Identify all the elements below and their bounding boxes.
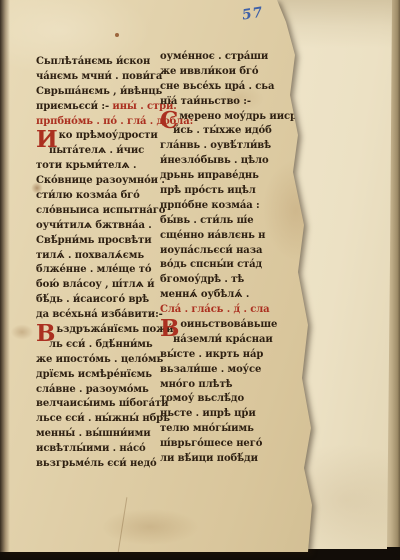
text-line: ньсте . ипрѣ цр́и: [160, 407, 286, 422]
text-run: приємьєси́ :-: [36, 101, 112, 112]
text-line: исвѣтлы́ими . на́со́: [36, 442, 162, 457]
text-run: да все́хьна́ изба́вити:-: [36, 309, 163, 320]
text-line: ча́нємь мчни́ . пови́га: [36, 70, 162, 85]
text-run: бѣ́дь . и́саисого́ врѣ: [36, 294, 149, 305]
text-line: и́сь . ты́хже идо́б: [160, 124, 286, 139]
text-run: исвѣтлы́ими . на́со́: [36, 443, 146, 454]
text-run: мно́го плѣтѣ: [160, 379, 232, 390]
manuscript-leaf: 57 Сьплѣта́нємь и́сконча́нємь мчни́ . по…: [0, 0, 400, 560]
text-line: менны́ . вы́шни́ими: [36, 427, 162, 442]
text-column-right: оуме́нноє . стра́шиже иввли́кои бго́сне …: [160, 50, 286, 467]
text-line: Ико прѣмоу́дрости: [36, 129, 162, 144]
text-run: менны́ . вы́шни́ими: [36, 428, 151, 439]
text-line: же ипосто́мь . цело́мь: [36, 353, 162, 368]
text-line: Воиньствова́вьше: [160, 318, 286, 333]
text-run: оуме́нноє . стра́ши: [160, 51, 268, 62]
text-run: льсе єси́ . ны́жны́ нбрѣ: [36, 413, 170, 424]
text-line: сло́вныиса испытна́го: [36, 204, 162, 219]
text-line: сла́вне . разоумо́мь: [36, 383, 162, 398]
text-run: гла́нвь . оувѣ́тли́вѣ: [160, 140, 271, 151]
text-line: тоти крьми́телѧ .: [36, 159, 162, 174]
text-line: приємьєси́ :- ины́ . стри́.: [36, 100, 162, 115]
text-run: и́незло́бывь . цѣло: [160, 155, 269, 166]
text-run: ьздръжа́нїємь пожи́: [56, 324, 173, 335]
text-line: ль єси́ . бдѣ́нни́мь: [36, 338, 162, 353]
text-line: бгомоу́дрѣ . тѣ: [160, 273, 286, 288]
text-run: прѣ про́сть ицѣл: [160, 185, 256, 196]
text-run: иоупа́сльєси́ наза: [160, 245, 262, 256]
text-run: томоу́ вьслѣ́до: [160, 393, 244, 404]
text-run: во́дь спсны́и ста́д: [160, 259, 262, 270]
text-line: мно́го плѣтѣ: [160, 378, 286, 393]
text-line: телю мно́гы́имь: [160, 422, 286, 437]
text-run: тоти крьми́телѧ .: [36, 160, 136, 171]
text-line: Вьздръжа́нїємь пожи́: [36, 323, 162, 338]
text-line: нїа́ таи́ньство :-: [160, 95, 286, 110]
text-line: сще́нно иа́влєнь н: [160, 229, 286, 244]
folio-number: 57: [241, 4, 265, 23]
text-line: бою́ вла́соу , ш́тлѧ и́: [36, 278, 162, 293]
text-line: Свѣ́рни́мь просвѣти: [36, 234, 162, 249]
text-line: томоу́ вьслѣ́до: [160, 392, 286, 407]
text-run: блже́нне . мле́ще то́: [36, 264, 151, 275]
text-run: Свѣ́рни́мь просвѣти: [36, 235, 152, 246]
text-line: ли вѣ́ици побѣ́ди: [160, 452, 286, 467]
text-line: пыта́телѧ . и́чис: [36, 144, 162, 159]
text-line: Сьплѣта́нємь и́скон: [36, 55, 162, 70]
text-run: меннѧ́ оубѣлѧ́ .: [160, 289, 249, 300]
text-line: блже́нне . мле́ще то́: [36, 263, 162, 278]
text-run: и́сь . ты́хже идо́б: [173, 125, 272, 136]
text-run: оиньствова́вьше: [180, 319, 277, 330]
text-line: ш́врьго́шесе него́: [160, 437, 286, 452]
manuscript-photo: { "meta": { "description": "Medieval Chu…: [0, 0, 400, 560]
text-run: сло́вныиса испытна́го: [36, 205, 165, 216]
text-run: ко прѣмоу́дрости: [59, 130, 158, 141]
text-line: во́дь спсны́и ста́д: [160, 258, 286, 273]
binding-gutter-shadow: [0, 0, 10, 552]
text-line: Сврьша́нємь , и́вѣнць: [36, 85, 162, 100]
ink-speck: [115, 33, 119, 37]
text-line: сти́лю козма́а бго́: [36, 189, 162, 204]
text-run: Сла́ . гла́сь . д́ . сла: [160, 304, 270, 315]
crease-line: [118, 497, 128, 552]
text-run: бы́вь . сти́ль ш́е: [160, 215, 254, 226]
text-run: бгомоу́дрѣ . тѣ: [160, 274, 244, 285]
text-run: Сьплѣта́нємь и́скон: [36, 56, 150, 67]
text-run: мерено моу́дрь ииср: [179, 111, 297, 122]
text-line: вы́сте . икрть на́р: [160, 348, 286, 363]
text-line: Ско́внице разоумно́и .: [36, 174, 162, 189]
text-line: тилѧ́ . похвалѧ́ємь: [36, 249, 162, 264]
text-run: ча́нємь мчни́ . пови́га: [36, 71, 162, 82]
text-line: на́земли́ кра́снаи: [160, 333, 286, 348]
leaf-shadow: 57 Сьплѣта́нємь и́сконча́нємь мчни́ . по…: [0, 0, 400, 560]
text-run: Ско́внице разоумно́и .: [36, 175, 165, 186]
text-run: телю мно́гы́имь: [160, 423, 254, 434]
text-line: иоупа́сльєси́ наза: [160, 244, 286, 259]
text-line: оуме́нноє . стра́ши: [160, 50, 286, 65]
text-run: бою́ вла́соу , ш́тлѧ и́: [36, 279, 154, 290]
text-line: и́незло́бывь . цѣло: [160, 154, 286, 169]
text-line: велчаисы́имь ш́бога́ти: [36, 397, 162, 412]
text-run: оучи́тилѧ бжтвна́а .: [36, 220, 152, 231]
text-run: ль єси́ . бдѣ́нни́мь: [49, 339, 153, 350]
text-column-left: Сьплѣта́нємь и́сконча́нємь мчни́ . пови́…: [36, 55, 162, 472]
text-line: гла́нвь . оувѣ́тли́вѣ: [160, 139, 286, 154]
text-run: же ипосто́мь . цело́мь: [36, 354, 163, 365]
text-run: же иввли́кои бго́: [160, 66, 258, 77]
text-run: прпо́бне козма́а :: [160, 200, 260, 211]
text-run: тилѧ́ . похвалѧ́ємь: [36, 250, 144, 261]
text-run: ньсте . ипрѣ цр́и: [160, 408, 256, 419]
text-run: дрїємь исмѣре́нїємь: [36, 369, 152, 380]
text-line: прѣ про́сть ицѣл: [160, 184, 286, 199]
text-line: сне вьсе́хь цра́ . сьа: [160, 80, 286, 95]
text-run: велчаисы́имь ш́бога́ти: [36, 398, 168, 409]
text-run: на́земли́ кра́снаи: [173, 334, 273, 345]
text-run: ш́врьго́шесе него́: [160, 438, 262, 449]
text-line: бѣ́дь . и́саисого́ врѣ: [36, 293, 162, 308]
text-line: же иввли́кои бго́: [160, 65, 286, 80]
text-line: прпо́бне козма́а :: [160, 199, 286, 214]
text-run: вьзали́ше . моу́се: [160, 364, 261, 375]
text-run: сти́лю козма́а бго́: [36, 190, 140, 201]
text-run: дрьнь иправе́днь: [160, 170, 259, 181]
text-line: льсе єси́ . ны́жны́ нбрѣ: [36, 412, 162, 427]
text-run: вьзгрьме́ль єси́ недо́: [36, 458, 157, 469]
text-run: вы́сте . икрть на́р: [160, 349, 263, 360]
text-line: оучи́тилѧ бжтвна́а .: [36, 219, 162, 234]
text-line: дрьнь иправе́днь: [160, 169, 286, 184]
text-line: меннѧ́ оубѣлѧ́ .: [160, 288, 286, 303]
text-line: дрїємь исмѣре́нїємь: [36, 368, 162, 383]
text-run: сще́нно иа́влєнь н: [160, 230, 265, 241]
text-run: пыта́телѧ . и́чис: [49, 145, 144, 156]
text-line: Смерено моу́дрь ииср: [160, 110, 286, 125]
text-line: бы́вь . сти́ль ш́е: [160, 214, 286, 229]
text-run: Сврьша́нємь , и́вѣнць: [36, 86, 162, 97]
text-run: сне вьсе́хь цра́ . сьа: [160, 81, 274, 92]
text-line: вьзали́ше . моу́се: [160, 363, 286, 378]
text-run: сла́вне . разоумо́мь: [36, 384, 149, 395]
text-line: вьзгрьме́ль єси́ недо́: [36, 457, 162, 472]
text-run: ли вѣ́ици побѣ́ди: [160, 453, 258, 464]
text-run: нїа́ таи́ньство :-: [160, 96, 251, 107]
